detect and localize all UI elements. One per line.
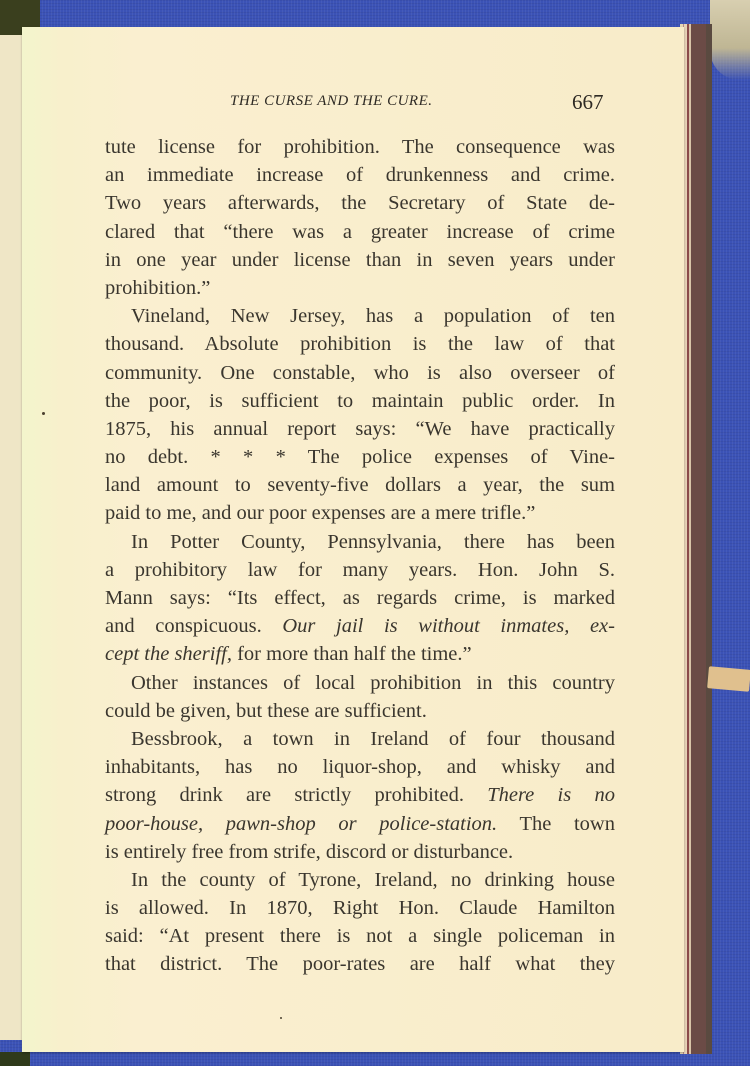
text-line: that district. The poor-rates are half w… — [105, 950, 615, 978]
text-line: land amount to seventy-five dollars a ye… — [105, 471, 615, 499]
text-line: community. One constable, who is also ov… — [105, 359, 615, 387]
text-line: paid to me, and our poor expenses are a … — [105, 499, 615, 527]
paper-speck — [42, 412, 45, 415]
text-line: strong drink are strictly prohibited. Th… — [105, 781, 615, 809]
body-text: tute license for prohibition. The conseq… — [105, 133, 615, 979]
text-line: thousand. Absolute prohibition is the la… — [105, 330, 615, 358]
text-line: cept the sheriff, for more than half the… — [105, 640, 615, 668]
text-line: clared that “there was a greater increas… — [105, 218, 615, 246]
italic-text: There is no — [487, 784, 615, 806]
text-line: tute license for prohibition. The conseq… — [105, 133, 615, 161]
italic-text: poor-house, pawn-shop or police-station. — [105, 813, 497, 835]
text-line: Two years afterwards, the Secretary of S… — [105, 189, 615, 217]
text-line: and conspicuous. Our jail is without inm… — [105, 612, 615, 640]
text-line: poor-house, pawn-shop or police-station.… — [105, 810, 615, 838]
italic-text: Our jail is without inmates, ex- — [282, 615, 615, 637]
text-line: prohibition.” — [105, 274, 615, 302]
paragraph-start-vineland: Vineland, New Jersey, has a population o… — [105, 302, 615, 330]
page-number: 667 — [572, 90, 604, 115]
frayed-cover-edge — [710, 0, 750, 80]
text-line: in one year under license than in seven … — [105, 246, 615, 274]
text-line: said: “At present there is not a single … — [105, 922, 615, 950]
running-head: THE CURSE AND THE CURE. — [230, 93, 432, 110]
paper-speck — [280, 1017, 282, 1019]
text-line: an immediate increase of drunkenness and… — [105, 161, 615, 189]
text-line: no debt. * * * The police expenses of Vi… — [105, 443, 615, 471]
text-line: the poor, is sufficient to maintain publ… — [105, 387, 615, 415]
italic-text: cept the sheriff, — [105, 643, 232, 665]
text-line: 1875, his annual report says: “We have p… — [105, 415, 615, 443]
text-line: a prohibitory law for many years. Hon. J… — [105, 556, 615, 584]
paper-bookmark — [707, 666, 750, 692]
text-line: could be given, but these are sufficient… — [105, 697, 615, 725]
text-line: is entirely free from strife, discord or… — [105, 838, 615, 866]
paragraph-start-other-instances: Other instances of local prohibition in … — [105, 669, 615, 697]
paragraph-start-tyrone: In the county of Tyrone, Ireland, no dri… — [105, 866, 615, 894]
paragraph-start-potter-county: In Potter County, Pennsylvania, there ha… — [105, 528, 615, 556]
paragraph-start-bessbrook: Bessbrook, a town in Ireland of four tho… — [105, 725, 615, 753]
text-line: is allowed. In 1870, Right Hon. Claude H… — [105, 894, 615, 922]
text-line: Mann says: “Its effect, as regards crime… — [105, 584, 615, 612]
cover-board-edge — [706, 24, 712, 1054]
text-line: inhabitants, has no liquor-shop, and whi… — [105, 753, 615, 781]
background-corner-bottom — [0, 1052, 30, 1066]
